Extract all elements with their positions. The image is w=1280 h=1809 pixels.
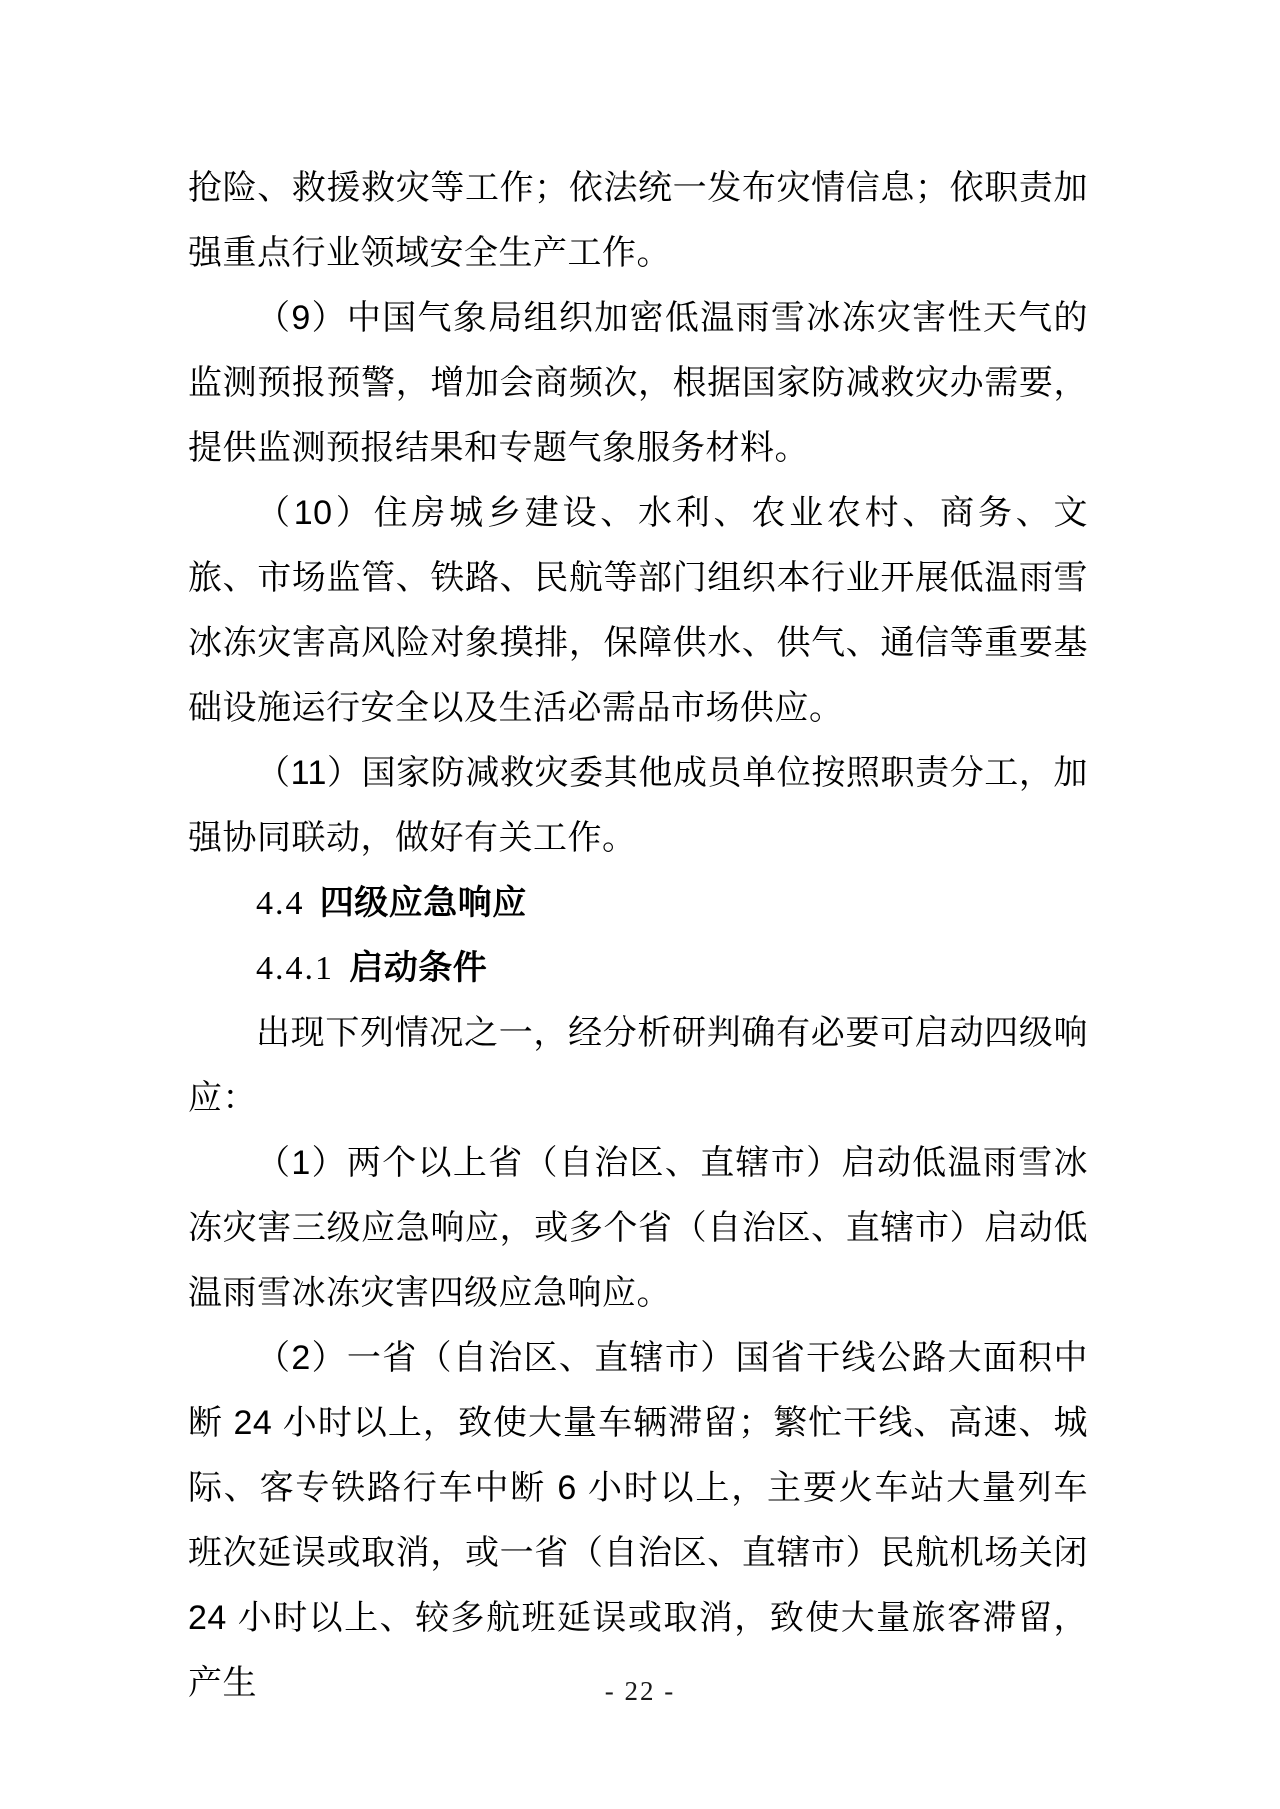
paragraph-item-9: （9）中国气象局组织加密低温雨雪冰冻灾害性天气的监测预报预警，增加会商频次，根据… — [188, 286, 1088, 481]
page-number: - 22 - — [0, 1676, 1280, 1706]
section-heading-4-4: 4.4四级应急响应 — [188, 871, 1088, 936]
paragraph-condition-1: （1）两个以上省（自治区、直辖市）启动低温雨雪冰冻灾害三级应急响应，或多个省（自… — [188, 1131, 1088, 1326]
paragraph-item-10: （10）住房城乡建设、水利、农业农村、商务、文旅、市场监管、铁路、民航等部门组织… — [188, 481, 1088, 741]
section-number: 4.4 — [256, 885, 305, 922]
paragraph-continuation: 抢险、救援救灾等工作；依法统一发布灾情信息；依职责加强重点行业领域安全生产工作。 — [188, 156, 1088, 286]
paragraph-item-11: （11）国家防减救灾委其他成员单位按照职责分工，加强协同联动，做好有关工作。 — [188, 741, 1088, 871]
document-body: 抢险、救援救灾等工作；依法统一发布灾情信息；依职责加强重点行业领域安全生产工作。… — [188, 156, 1088, 1716]
paragraph-condition-2: （2）一省（自治区、直辖市）国省干线公路大面积中断 24 小时以上，致使大量车辆… — [188, 1326, 1088, 1716]
section-heading-4-4-1: 4.4.1启动条件 — [188, 936, 1088, 1001]
document-page: 抢险、救援救灾等工作；依法统一发布灾情信息；依职责加强重点行业领域安全生产工作。… — [0, 0, 1280, 1809]
paragraph-intro-conditions: 出现下列情况之一，经分析研判确有必要可启动四级响应： — [188, 1001, 1088, 1131]
subsection-title: 启动条件 — [349, 949, 487, 987]
subsection-number: 4.4.1 — [256, 950, 334, 987]
section-title: 四级应急响应 — [320, 884, 527, 922]
